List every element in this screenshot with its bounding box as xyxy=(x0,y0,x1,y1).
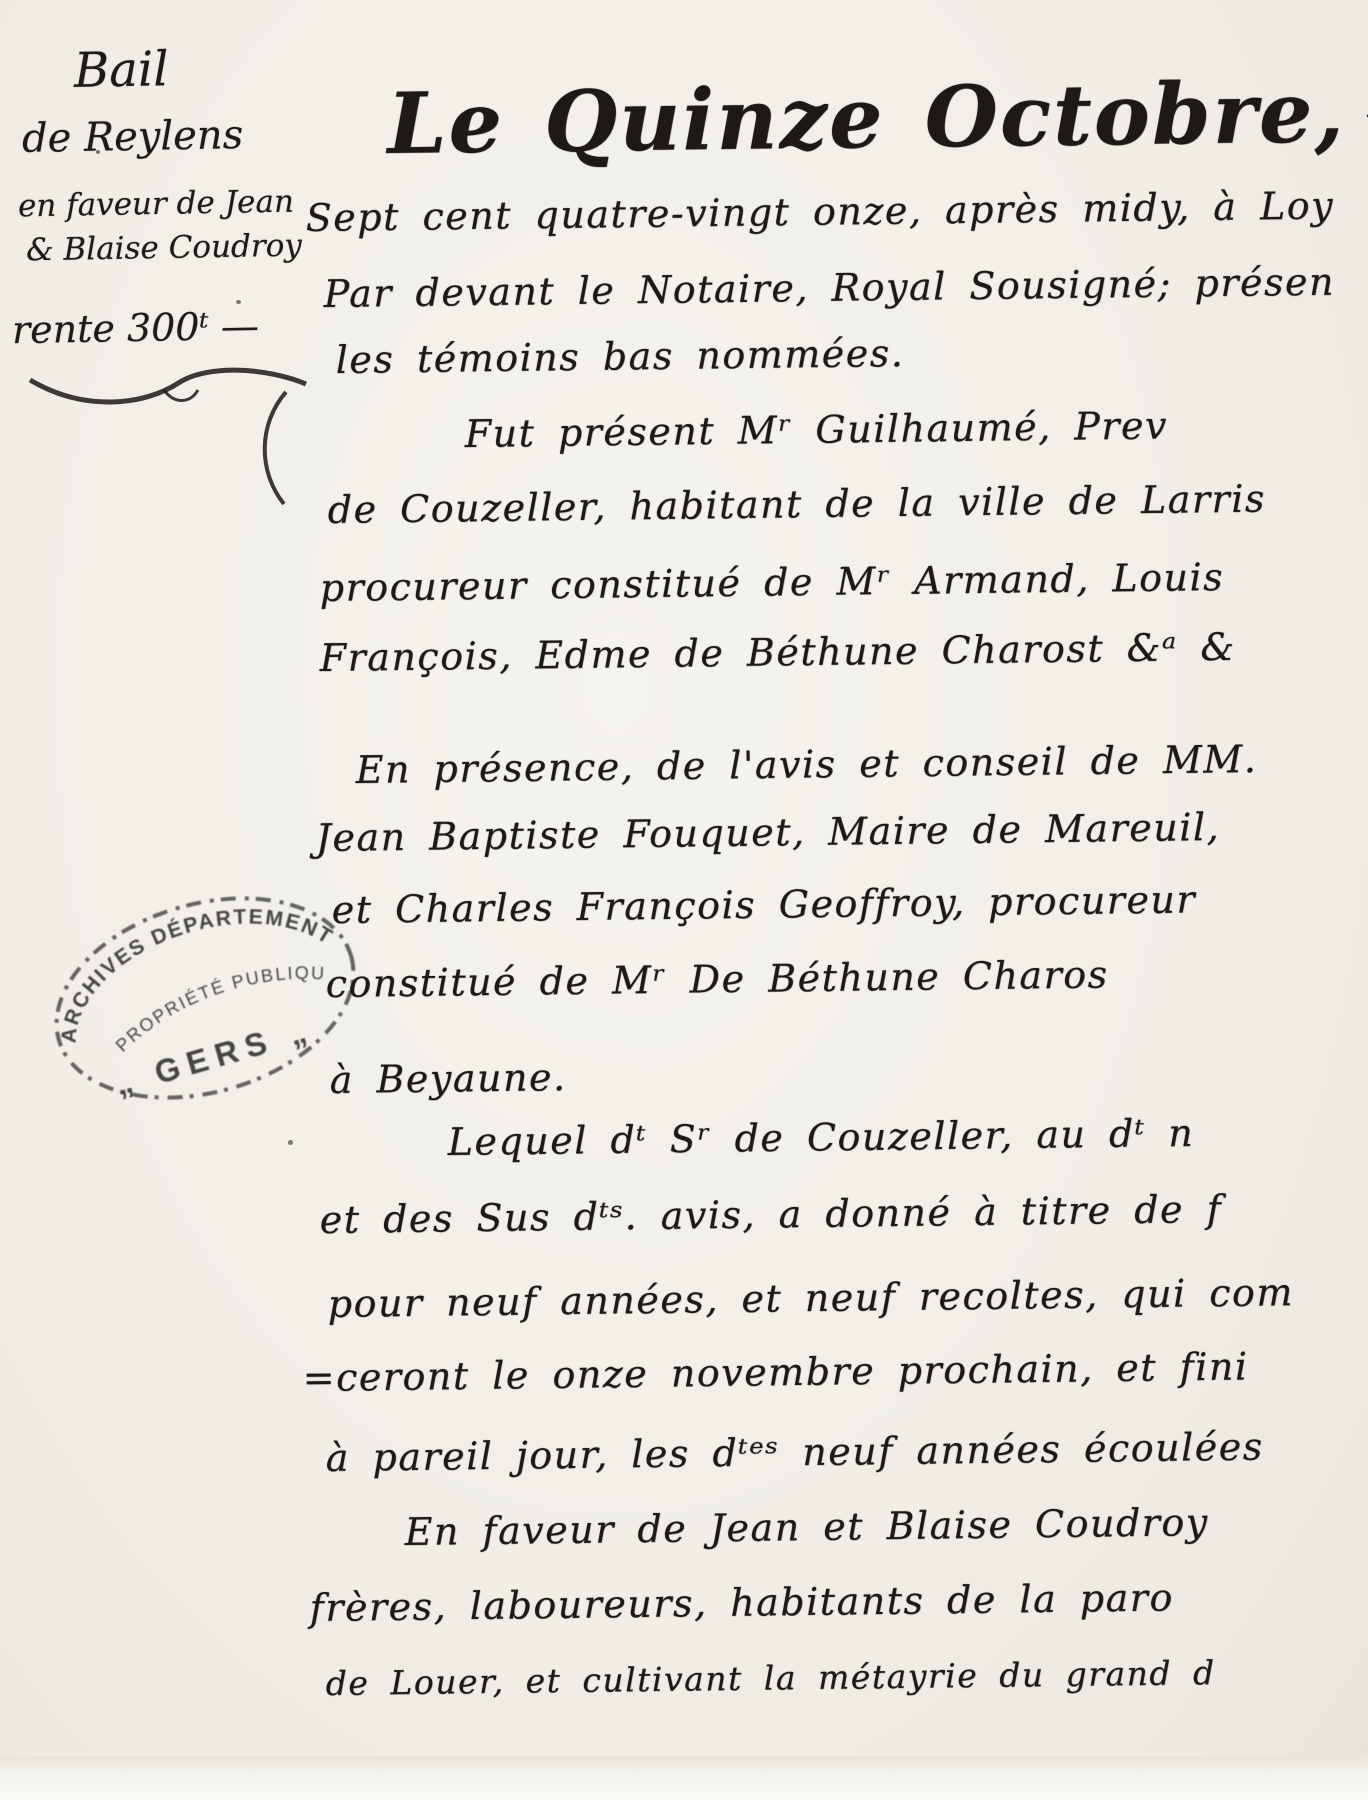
margin-note-favor: en faveur de Jean xyxy=(18,184,294,225)
manuscript-line: à Beyaune. xyxy=(329,1055,566,1102)
manuscript-line: Fut présent Mʳ Guilhaumé, Prev xyxy=(464,403,1168,456)
manuscript-line: François, Edme de Béthune Charost &ᵃ & xyxy=(319,625,1235,680)
date-heading: Le Quinze Octobre,Mil. xyxy=(387,61,1368,173)
manuscript-line: Lequel dᵗ Sʳ de Couzeller, au dᵗ n xyxy=(447,1111,1194,1164)
manuscript-line: de Couzeller, habitant de la ville de La… xyxy=(327,477,1266,532)
manuscript-line: Jean Baptiste Fouquet, Maire de Mareuil, xyxy=(315,805,1220,860)
manuscript-line: à pareil jour, les dᵗᵉˢ neuf années écou… xyxy=(325,1425,1264,1480)
manuscript-page: Bail de Reylens en faveur de Jean & Blai… xyxy=(0,0,1368,1800)
date-heading-main: Le Quinze Octobre, xyxy=(387,62,1346,173)
paragraph-flourish xyxy=(252,388,296,508)
page-bottom-edge xyxy=(0,1756,1368,1800)
margin-note-place: de Reylens xyxy=(22,112,244,162)
manuscript-line: En faveur de Jean et Blaise Coudroy xyxy=(404,1500,1209,1554)
manuscript-line: les témoins bas nommées. xyxy=(335,331,904,382)
manuscript-line: de Louer, et cultivant la métayrie du gr… xyxy=(326,1653,1216,1703)
manuscript-line: et des Sus dᵗˢ. avis, a donné à titre de… xyxy=(319,1187,1222,1242)
manuscript-line: procureur constitué de Mʳ Armand, Louis xyxy=(319,555,1224,610)
ink-speck xyxy=(96,150,100,154)
manuscript-line: constitué de Mʳ De Béthune Charos xyxy=(325,952,1108,1006)
manuscript-line: =ceront le onze novembre prochain, et fi… xyxy=(302,1344,1248,1400)
margin-note-title: Bail xyxy=(74,41,170,99)
manuscript-line: frères, laboureurs, habitants de la paro xyxy=(309,1575,1174,1630)
margin-note-rent: rente 300ᵗ — xyxy=(12,304,260,352)
ink-speck xyxy=(288,1140,293,1145)
margin-note-names: & Blaise Coudroy xyxy=(26,228,302,269)
manuscript-line: Sept cent quatre-vingt onze, après midy,… xyxy=(305,183,1334,240)
ink-speck xyxy=(236,300,241,304)
manuscript-line: En présence, de l'avis et conseil de MM. xyxy=(355,737,1257,792)
manuscript-line: et Charles François Geoffroy, procureur xyxy=(331,877,1196,932)
manuscript-line: pour neuf années, et neuf recoltes, qui … xyxy=(327,1270,1294,1326)
manuscript-line: Par devant le Notaire, Royal Sousigné; p… xyxy=(323,260,1335,316)
